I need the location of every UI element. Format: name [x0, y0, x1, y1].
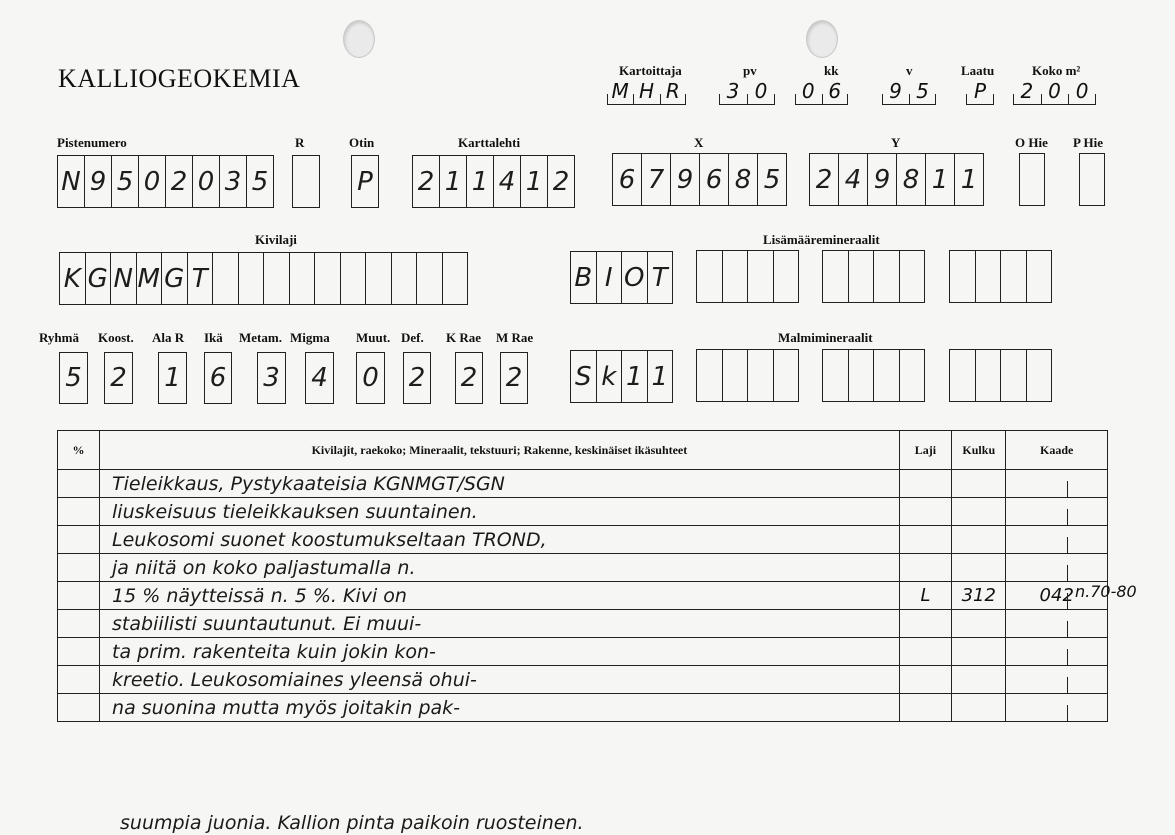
char-cell[interactable]: 8: [897, 154, 926, 205]
char-cell[interactable]: [1080, 154, 1104, 205]
code-field[interactable]: 2: [104, 352, 133, 404]
karttalehti-label: Karttalehti: [458, 135, 520, 151]
pct-cell[interactable]: [58, 498, 100, 526]
char-cell[interactable]: 1: [467, 156, 494, 207]
char-cell[interactable]: k: [597, 351, 623, 402]
code-label: K Rae: [446, 330, 481, 346]
pct-cell[interactable]: [58, 582, 100, 610]
kulku-cell[interactable]: [952, 694, 1006, 722]
char-cell[interactable]: 6: [700, 154, 729, 205]
code-label: Metam.: [239, 330, 282, 346]
char-cell[interactable]: 5: [247, 156, 273, 207]
char-cell[interactable]: [900, 251, 925, 302]
char-cell[interactable]: 4: [494, 156, 521, 207]
char-cell[interactable]: 9: [85, 156, 112, 207]
char-cell[interactable]: 5: [758, 154, 786, 205]
laji-cell[interactable]: [899, 694, 951, 722]
char-cell[interactable]: [392, 253, 418, 304]
code-label: Muut.: [356, 330, 390, 346]
kk-field[interactable]: 06: [795, 78, 848, 105]
char-cell[interactable]: [1001, 251, 1027, 302]
desc-cell[interactable]: Leukosomi suonet koostumukseltaan TROND,: [100, 526, 900, 554]
char-cell[interactable]: M: [607, 78, 633, 104]
punch-hole: [343, 20, 375, 58]
table-row: liuskeisuus tieleikkauksen suuntainen.: [58, 498, 1108, 526]
desc-cell[interactable]: na suonina mutta myös joitakin pak-: [100, 694, 900, 722]
char-cell[interactable]: [264, 253, 290, 304]
char-cell[interactable]: [366, 253, 392, 304]
char-cell[interactable]: 1: [440, 156, 467, 207]
char-cell[interactable]: [723, 350, 749, 401]
malmi-group-1[interactable]: Sk11: [570, 350, 673, 403]
r-field[interactable]: [292, 155, 320, 208]
punch-hole: [806, 20, 838, 58]
desc-cell[interactable]: kreetio. Leukosomiaines yleensä ohui-: [100, 666, 900, 694]
char-cell[interactable]: 2: [1013, 78, 1041, 104]
lisamaare-label: Lisämääremineraalit: [763, 232, 880, 248]
code-field[interactable]: 2: [403, 352, 431, 404]
table-row: na suonina mutta myös joitakin pak-: [58, 694, 1108, 722]
lisamaare-group-1[interactable]: BIOT: [570, 251, 673, 304]
char-cell[interactable]: [950, 251, 976, 302]
char-cell[interactable]: G: [162, 253, 188, 304]
code-field[interactable]: 3: [257, 352, 286, 404]
code-label: M Rae: [496, 330, 533, 346]
kivilaji-label: Kivilaji: [255, 232, 297, 248]
desc-cell[interactable]: ja niitä on koko paljastumalla n.: [100, 554, 900, 582]
kk-label: kk: [824, 63, 838, 79]
char-cell[interactable]: [774, 350, 799, 401]
pistenumero-label: Pistenumero: [57, 135, 127, 151]
desc-cell[interactable]: stabiilisti suuntautunut. Ei muui-: [100, 610, 900, 638]
char-cell[interactable]: [950, 350, 976, 401]
char-cell[interactable]: [293, 156, 319, 207]
pct-cell[interactable]: [58, 470, 100, 498]
kaade-cell[interactable]: [1006, 610, 1108, 638]
code-field[interactable]: 2: [455, 352, 483, 404]
form-title: KALLIOGEOKEMIA: [58, 64, 300, 94]
char-cell[interactable]: [213, 253, 239, 304]
y-label: Y: [891, 135, 900, 151]
laji-cell[interactable]: [899, 470, 951, 498]
kaade-cell[interactable]: [1006, 694, 1108, 722]
char-cell[interactable]: 9: [882, 78, 909, 104]
lisamaare-group-3[interactable]: [822, 250, 925, 303]
kaade-cell[interactable]: [1006, 638, 1108, 666]
code-label: Migma: [290, 330, 330, 346]
lisamaare-group-2[interactable]: [696, 250, 799, 303]
char-cell[interactable]: [417, 253, 443, 304]
notes-overflow-text: suumpia juonia. Kallion pinta paikoin ru…: [120, 812, 584, 834]
code-field[interactable]: 5: [59, 352, 88, 404]
laji-cell[interactable]: [899, 554, 951, 582]
char-cell[interactable]: [823, 251, 849, 302]
char-cell[interactable]: [1020, 154, 1044, 205]
char-cell[interactable]: P: [352, 156, 378, 207]
char-cell[interactable]: [697, 350, 723, 401]
char-cell[interactable]: [290, 253, 316, 304]
malmi-label: Malmimineraalit: [778, 330, 873, 346]
char-cell[interactable]: K: [60, 253, 86, 304]
kulku-cell[interactable]: [952, 610, 1006, 638]
code-field[interactable]: 2: [500, 352, 528, 404]
char-cell[interactable]: 9: [868, 154, 897, 205]
x-field[interactable]: 679685: [612, 153, 787, 206]
phie-field[interactable]: [1079, 153, 1105, 206]
char-cell[interactable]: [315, 253, 341, 304]
otin-field[interactable]: P: [351, 155, 379, 208]
char-cell[interactable]: T: [188, 253, 214, 304]
kulku-cell[interactable]: [952, 498, 1006, 526]
char-cell[interactable]: 2: [166, 156, 193, 207]
char-cell[interactable]: O: [622, 252, 648, 303]
char-cell[interactable]: N: [58, 156, 85, 207]
phie-label: P Hie: [1073, 135, 1103, 151]
code-label: Ryhmä: [39, 330, 79, 346]
malmi-group-3[interactable]: [822, 349, 925, 402]
col-kulku: Kulku: [952, 431, 1006, 470]
kaade-cell[interactable]: [1006, 666, 1108, 694]
laji-cell[interactable]: [899, 666, 951, 694]
char-cell[interactable]: [849, 251, 875, 302]
y-field[interactable]: 249811: [809, 153, 984, 206]
table-row: Tieleikkaus, Pystykaateisia KGNMGT/SGN: [58, 470, 1108, 498]
char-cell[interactable]: N: [111, 253, 137, 304]
code-field[interactable]: 0: [356, 352, 385, 404]
laji-cell[interactable]: L: [899, 582, 951, 610]
char-cell[interactable]: 1: [926, 154, 955, 205]
kaade-note: n.70-80: [1075, 582, 1137, 601]
kivilaji-field[interactable]: KGNMGT: [59, 252, 468, 305]
char-cell[interactable]: [849, 350, 875, 401]
koko-label: Koko m²: [1032, 63, 1080, 79]
char-cell[interactable]: R: [660, 78, 686, 104]
char-cell[interactable]: 7: [642, 154, 671, 205]
char-cell[interactable]: [239, 253, 265, 304]
char-cell[interactable]: [976, 350, 1002, 401]
col-laji: Laji: [899, 431, 951, 470]
desc-cell[interactable]: 15 % näytteissä n. 5 %. Kivi on: [100, 582, 900, 610]
laji-cell[interactable]: [899, 610, 951, 638]
char-cell[interactable]: 1: [622, 351, 648, 402]
col-kaade: Kaade: [1006, 431, 1108, 470]
char-cell[interactable]: [823, 350, 849, 401]
char-cell[interactable]: 2: [548, 156, 574, 207]
char-cell[interactable]: 0: [139, 156, 166, 207]
char-cell[interactable]: 0: [1068, 78, 1096, 104]
char-cell[interactable]: [723, 251, 749, 302]
laji-cell[interactable]: [899, 498, 951, 526]
char-cell[interactable]: H: [633, 78, 659, 104]
char-cell[interactable]: [697, 251, 723, 302]
kaade-cell[interactable]: [1006, 554, 1108, 582]
char-cell[interactable]: 2: [810, 154, 839, 205]
char-cell[interactable]: [443, 253, 468, 304]
code-field[interactable]: 4: [305, 352, 334, 404]
pct-cell[interactable]: [58, 554, 100, 582]
char-cell[interactable]: M: [137, 253, 163, 304]
otin-label: Otin: [349, 135, 374, 151]
char-cell[interactable]: 4: [839, 154, 868, 205]
col-pct: %: [58, 431, 100, 470]
pv-label: pv: [743, 63, 757, 79]
table-row: ta prim. rakenteita kuin jokin kon-: [58, 638, 1108, 666]
code-label: Koost.: [98, 330, 134, 346]
char-cell[interactable]: T: [648, 252, 673, 303]
pct-cell[interactable]: [58, 638, 100, 666]
kulku-cell[interactable]: [952, 554, 1006, 582]
v-label: v: [906, 63, 913, 79]
r-label: R: [295, 135, 304, 151]
char-cell[interactable]: [874, 350, 900, 401]
x-label: X: [694, 135, 703, 151]
code-label: Ikä: [204, 330, 223, 346]
char-cell[interactable]: 0: [1041, 78, 1069, 104]
lisamaare-group-4[interactable]: [949, 250, 1052, 303]
laatu-label: Laatu: [961, 63, 994, 79]
char-cell[interactable]: [748, 251, 774, 302]
char-cell[interactable]: G: [86, 253, 112, 304]
char-cell[interactable]: [748, 350, 774, 401]
char-cell[interactable]: 0: [193, 156, 220, 207]
code-field[interactable]: 1: [158, 352, 187, 404]
desc-cell[interactable]: Tieleikkaus, Pystykaateisia KGNMGT/SGN: [100, 470, 900, 498]
char-cell[interactable]: [774, 251, 799, 302]
char-cell[interactable]: 5: [112, 156, 139, 207]
kulku-cell[interactable]: [952, 666, 1006, 694]
col-desc: Kivilajit, raekoko; Mineraalit, tekstuur…: [100, 431, 900, 470]
kartoittaja-field[interactable]: MHR: [607, 78, 686, 105]
malmi-group-4[interactable]: [949, 349, 1052, 402]
pv-field[interactable]: 30: [719, 78, 775, 105]
char-cell[interactable]: [976, 251, 1002, 302]
char-cell[interactable]: 1: [648, 351, 673, 402]
char-cell[interactable]: 8: [729, 154, 758, 205]
kulku-cell[interactable]: 312: [952, 582, 1006, 610]
char-cell[interactable]: 1: [521, 156, 548, 207]
kulku-cell[interactable]: [952, 470, 1006, 498]
kaade-cell[interactable]: [1006, 470, 1108, 498]
table-row: Leukosomi suonet koostumukseltaan TROND,: [58, 526, 1108, 554]
karttalehti-field[interactable]: 211412: [412, 155, 575, 208]
char-cell[interactable]: P: [966, 78, 994, 104]
char-cell[interactable]: 0: [795, 78, 822, 104]
pct-cell[interactable]: [58, 526, 100, 554]
pct-cell[interactable]: [58, 694, 100, 722]
pct-cell[interactable]: [58, 666, 100, 694]
char-cell[interactable]: [1027, 350, 1052, 401]
table-row: stabiilisti suuntautunut. Ei muui-: [58, 610, 1108, 638]
char-cell[interactable]: S: [571, 351, 597, 402]
desc-cell[interactable]: ta prim. rakenteita kuin jokin kon-: [100, 638, 900, 666]
char-cell[interactable]: [1001, 350, 1027, 401]
kartoittaja-label: Kartoittaja: [619, 63, 682, 79]
kaade-cell[interactable]: [1006, 498, 1108, 526]
pistenumero-field[interactable]: N9502035: [57, 155, 274, 208]
char-cell[interactable]: 2: [413, 156, 440, 207]
koko-field[interactable]: 200: [1013, 78, 1096, 105]
char-cell[interactable]: [900, 350, 925, 401]
kulku-cell[interactable]: [952, 638, 1006, 666]
char-cell[interactable]: [1027, 251, 1052, 302]
ohie-label: O Hie: [1015, 135, 1048, 151]
table-row: kreetio. Leukosomiaines yleensä ohui-: [58, 666, 1108, 694]
char-cell[interactable]: B: [571, 252, 597, 303]
kaade-cell[interactable]: [1006, 526, 1108, 554]
ohie-field[interactable]: [1019, 153, 1045, 206]
char-cell[interactable]: 6: [822, 78, 849, 104]
desc-cell[interactable]: liuskeisuus tieleikkauksen suuntainen.: [100, 498, 900, 526]
pct-cell[interactable]: [58, 610, 100, 638]
table-row: ja niitä on koko paljastumalla n.: [58, 554, 1108, 582]
laji-cell[interactable]: [899, 638, 951, 666]
laji-cell[interactable]: [899, 526, 951, 554]
char-cell[interactable]: 3: [220, 156, 247, 207]
notes-table: % Kivilajit, raekoko; Mineraalit, tekstu…: [57, 430, 1108, 722]
char-cell[interactable]: 1: [955, 154, 983, 205]
char-cell[interactable]: 6: [613, 154, 642, 205]
char-cell[interactable]: [341, 253, 367, 304]
malmi-group-2[interactable]: [696, 349, 799, 402]
char-cell[interactable]: 0: [747, 78, 775, 104]
char-cell[interactable]: 9: [671, 154, 700, 205]
table-row: 15 % näytteissä n. 5 %. Kivi onL312042: [58, 582, 1108, 610]
laatu-field[interactable]: P: [966, 78, 994, 105]
char-cell[interactable]: 3: [719, 78, 747, 104]
code-label: Ala R: [152, 330, 184, 346]
char-cell[interactable]: [874, 251, 900, 302]
kulku-cell[interactable]: [952, 526, 1006, 554]
code-label: Def.: [401, 330, 424, 346]
code-field[interactable]: 6: [204, 352, 232, 404]
v-field[interactable]: 95: [882, 78, 936, 105]
char-cell[interactable]: 5: [909, 78, 936, 104]
char-cell[interactable]: I: [597, 252, 623, 303]
